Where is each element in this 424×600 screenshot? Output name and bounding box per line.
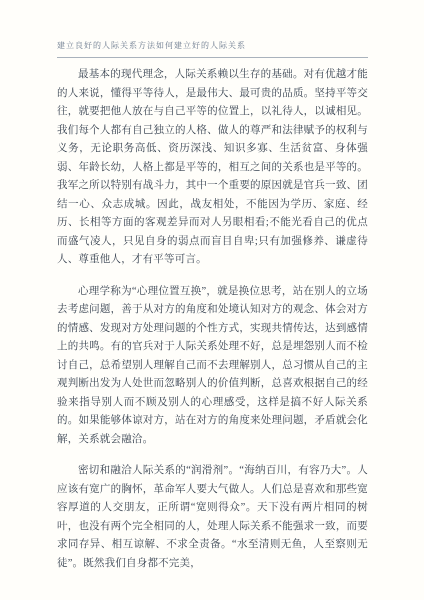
document-page: 建立良好的人际关系方法如何建立好的人际关系 最基本的现代理念，人际关系赖以生存的… [0,0,424,600]
header-divider [57,57,368,58]
paragraph-perspective-taking: 心理学称为“心理位置互换”，就是换位思考，站在别人的立场去考虑问题，善于从对方的… [57,283,368,450]
document-header-title: 建立良好的人际关系方法如何建立好的人际关系 [57,41,368,51]
paragraph-tolerance: 密切和融洽人际关系的“润滑剂”。“海纳百川，有容乃大”。人应该有宽广的胸怀，革命… [57,462,368,573]
paragraph-equality: 最基本的现代理念，人际关系赖以生存的基础。对有优越才能的人来说，懂得平等待人，是… [57,66,368,270]
document-body: 最基本的现代理念，人际关系赖以生存的基础。对有优越才能的人来说，懂得平等待人，是… [57,66,368,573]
